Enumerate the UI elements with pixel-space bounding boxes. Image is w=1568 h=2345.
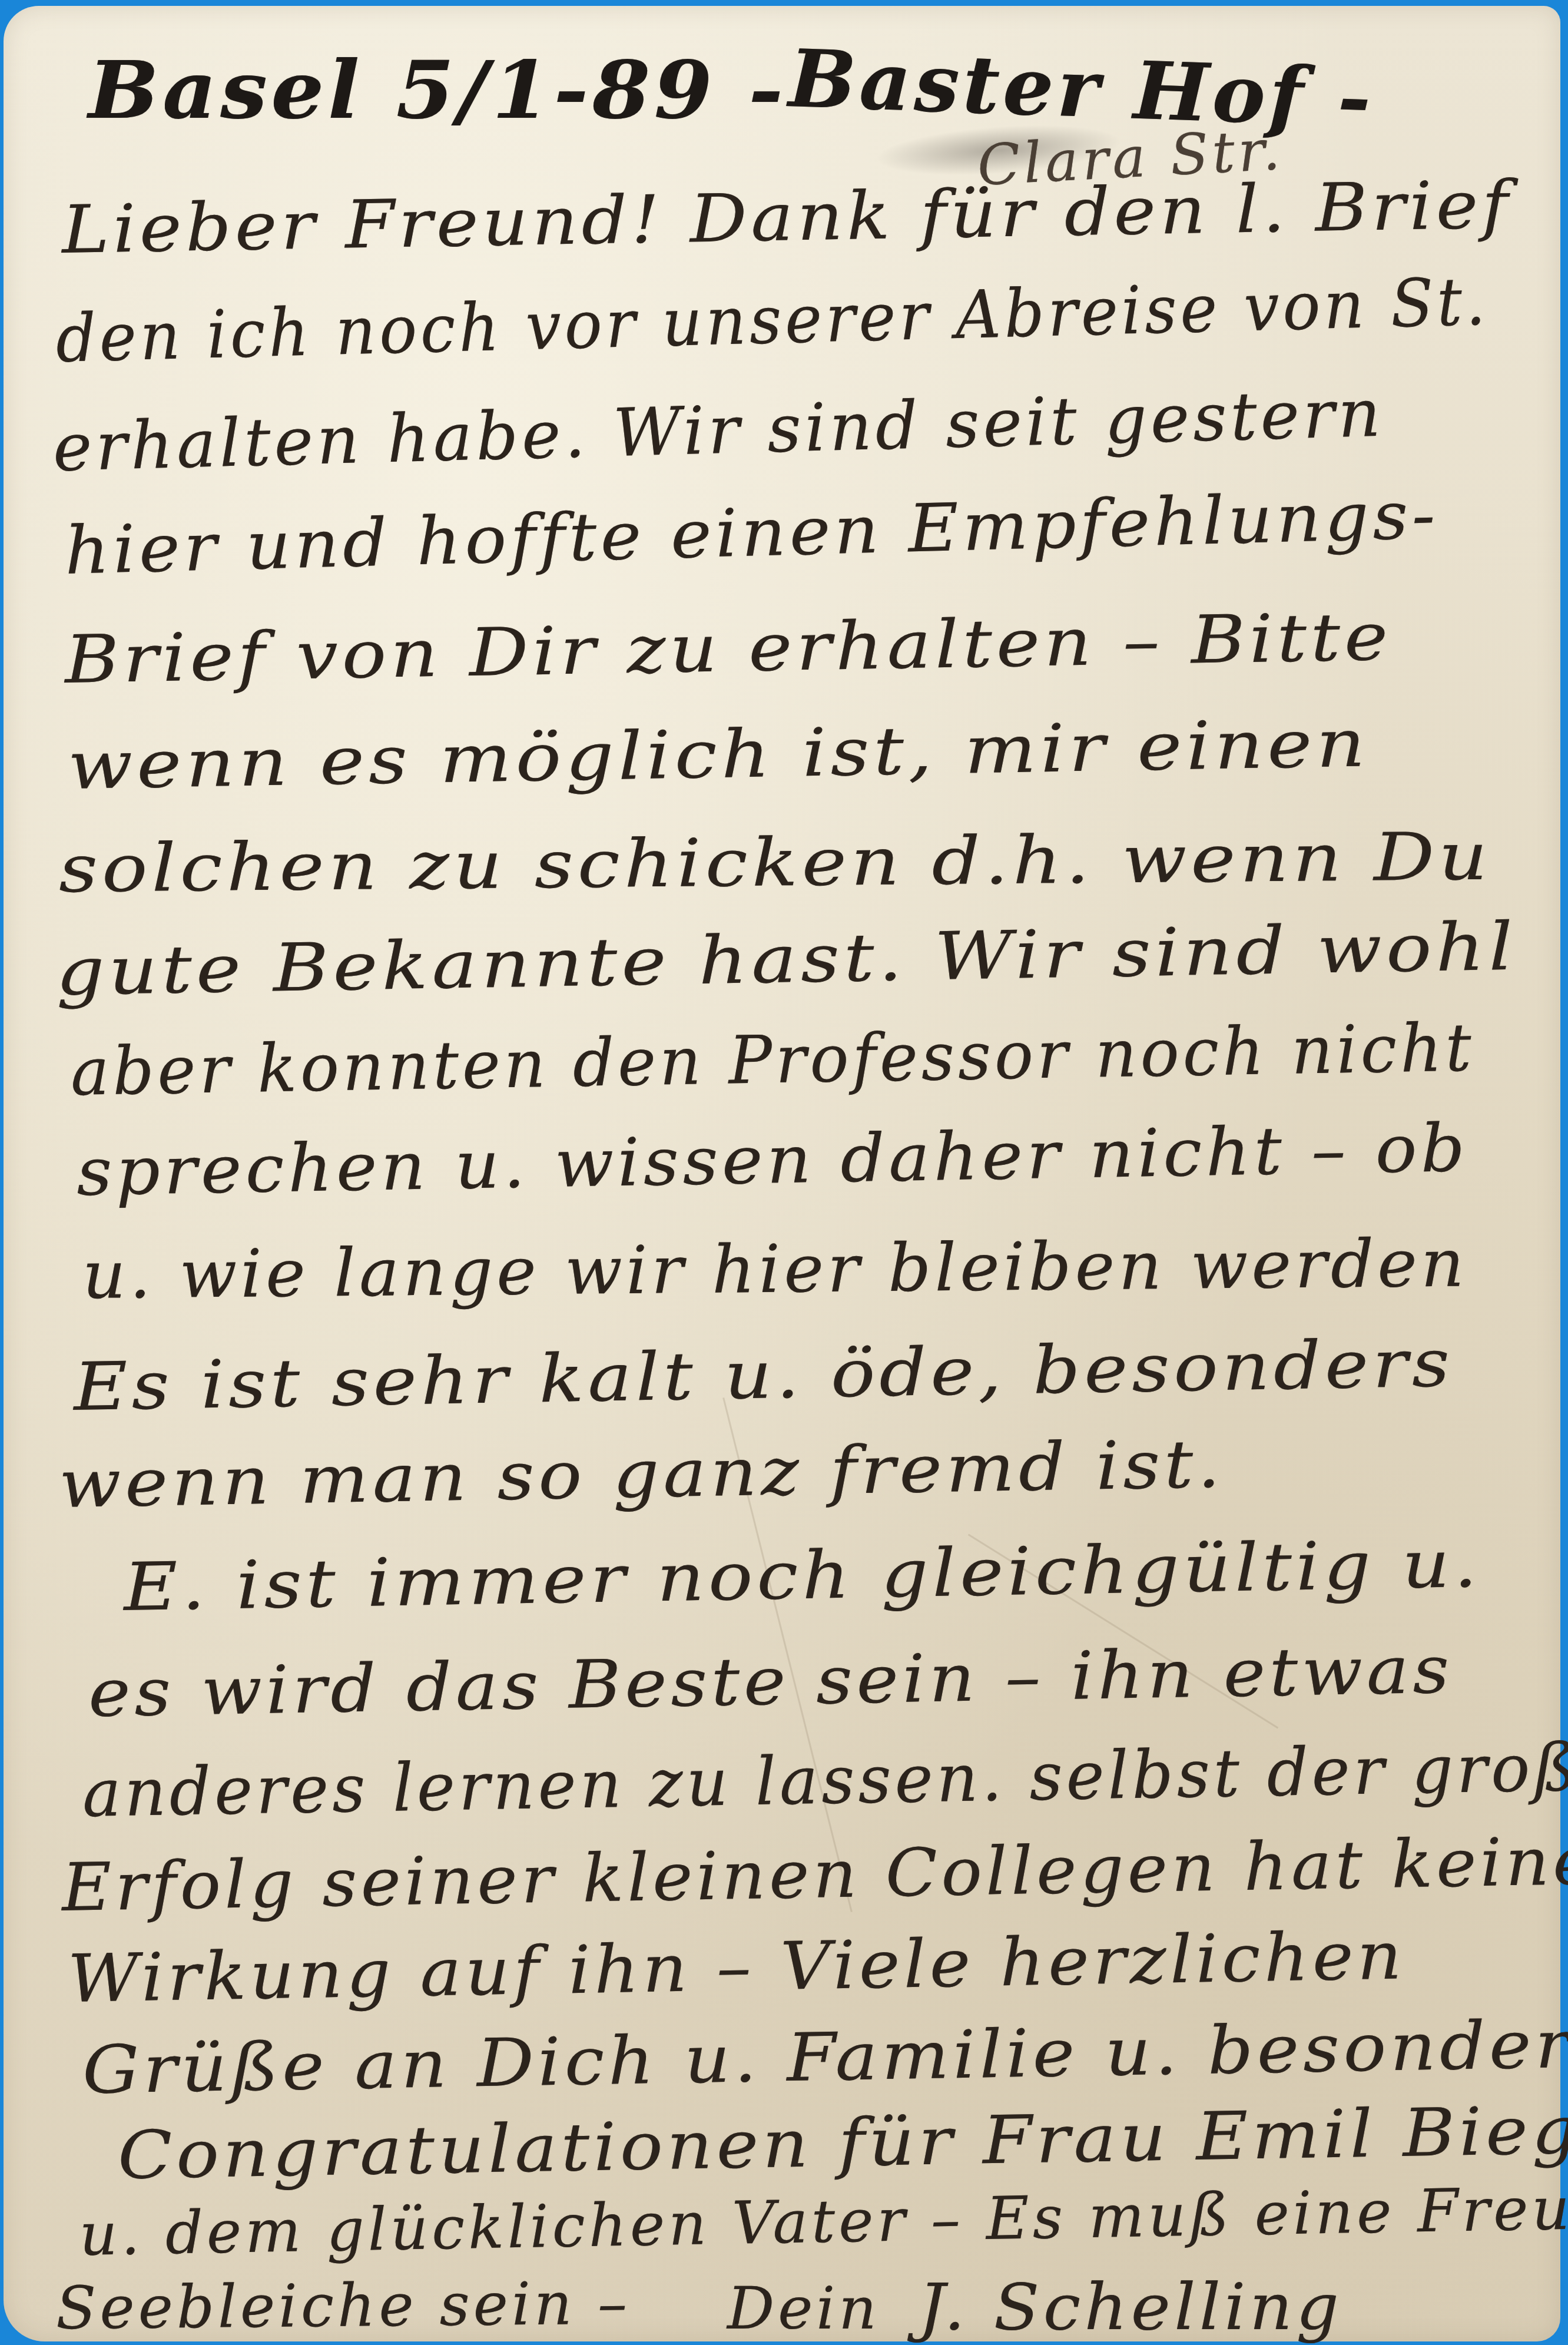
letter-place-date: Basel 5/1-89 - xyxy=(88,50,787,130)
letter-address-hotel: Baster Hof - xyxy=(788,38,1376,138)
letter-line: solchen zu schicken d.h. wenn Du xyxy=(59,824,1492,902)
letter-closing: Dein xyxy=(727,2279,880,2338)
letter-line: Seebleiche sein – xyxy=(56,2274,631,2338)
letter-signature: J. Schelling xyxy=(919,2276,1342,2340)
letter-line: wenn man so ganz fremd ist. xyxy=(58,1431,1225,1518)
letter-line: u. wie lange wir hier bleiben werden xyxy=(82,1230,1468,1309)
